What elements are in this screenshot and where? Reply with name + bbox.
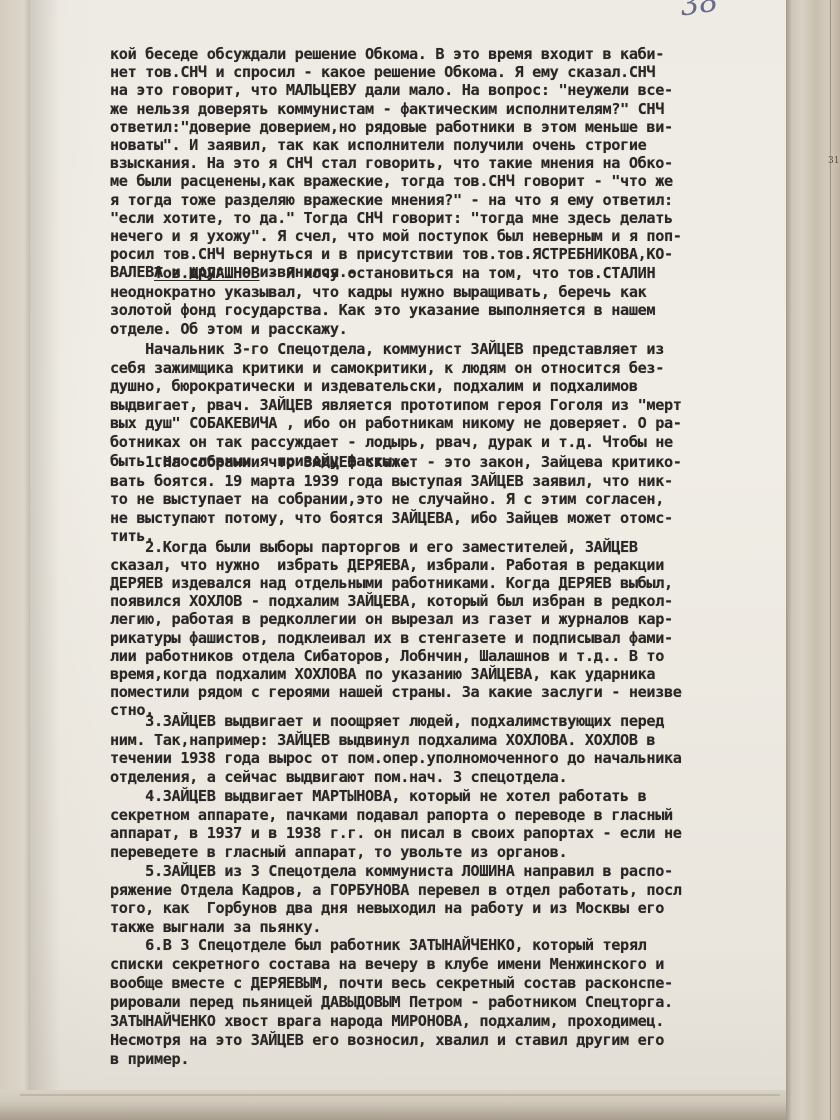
- text-line: Начальник 3-го Спецотдела, коммунист ЗАЙ…: [110, 341, 664, 358]
- text-line: 2.Когда были выборы парторгов и его заме…: [110, 539, 638, 556]
- text-line: вых душ" СОБАКЕВИЧА , ибо он работникам …: [110, 415, 682, 432]
- text-line: появился ХОХЛОВ - подхалим ЗАЙЦЕВА, кото…: [110, 593, 673, 610]
- text-line: сказал, что нужно избрать ДЕРЯЕВА, избра…: [110, 557, 664, 574]
- text-line: легию, работая в редколлегии он вырезал …: [110, 611, 673, 628]
- text-line: аппарат, в 1937 и в 1938 г.г. он писал в…: [110, 825, 682, 842]
- text-line: себя зажимщика критики и самокритики, к …: [110, 360, 664, 377]
- text-line: я тогда тоже разделяю вражеские мнения?"…: [110, 192, 673, 209]
- text-line: также выгнали за пьянку.: [110, 919, 321, 936]
- text-line: в пример.: [110, 1051, 189, 1068]
- text-line: 4.ЗАЙЦЕВ выдвигает МАРТЫНОВА, который не…: [110, 788, 646, 805]
- text-line: взыскания. На это я СНЧ стал говорить, ч…: [110, 155, 673, 172]
- text-line: лии работников отдела Сибаторов, Лобнчин…: [110, 648, 664, 665]
- text-line: же нельзя доверять коммунистам - фактиче…: [110, 101, 664, 118]
- text-line: течении 1938 года вырос от пом.опер.упол…: [110, 750, 682, 767]
- text-line: рикатуры фашистов, подклеивал их в стенг…: [110, 630, 673, 647]
- text-line: золотой фонд государства. Как это указан…: [110, 302, 655, 319]
- text-line: новаты". И заявил, так как исполнители п…: [110, 137, 646, 154]
- text-line: нечего и я ухожу". Я счел, что мой посту…: [110, 228, 682, 245]
- text-line: ряжение Отдела Кадров, а ГОРБУНОВА перев…: [110, 882, 682, 899]
- text-line: росил тов.СНЧ вернуться и в присутствии …: [110, 246, 673, 263]
- text-line: неоднократно указывал, что кадры нужно в…: [110, 284, 646, 301]
- text-line: 1.На собрании что ЗАЙЦЕВ скажет - это за…: [110, 454, 682, 471]
- text-line: того, как Горбунов два дня невыходил на …: [110, 900, 664, 917]
- text-line: ЗАТЫНАЙЧЕНКО хвост врага народа МИРОНОВА…: [110, 1013, 664, 1030]
- text-line: ответил:"доверие доверием,но рядовые раб…: [110, 119, 673, 136]
- text-line: вообще вместе с ДЕРЯЕВЫМ, почти весь сек…: [110, 975, 673, 992]
- text-line: нет тов.СНЧ и спросил - какое решение Об…: [110, 64, 655, 81]
- text-line: ним. Так,например: ЗАЙЦЕВ выдвинул подха…: [110, 732, 655, 749]
- text-line: вать боятся. 19 марта 1939 года выступая…: [110, 473, 673, 490]
- text-line: Тов.ШАЛАШНОВ - Я хочу остановиться на то…: [154, 265, 655, 282]
- text-line: списки секретного состава на вечеру в кл…: [110, 956, 664, 973]
- text-line: отделения, а сейчас выдвигают пом.нач. 3…: [110, 769, 567, 786]
- speaker-name: Тов.ШАЛАШНОВ: [154, 264, 260, 282]
- text-line: не выступают потому, что боятся ЗАЙЦЕВА,…: [110, 510, 673, 527]
- text-line: 5.ЗАЙЦЕВ из 3 Спецотдела коммуниста ЛОШИ…: [110, 863, 673, 880]
- text-line: переведете в гласный аппарат, то увольте…: [110, 844, 567, 861]
- text-line: кой беседе обсуждали решение Обкома. В э…: [110, 46, 664, 63]
- text-line: рировали перед пьяницей ДАВЫДОВЫМ Петром…: [110, 994, 673, 1011]
- text-line: выдвигает, рвач. ЗАЙЦЕВ является прототи…: [110, 397, 682, 414]
- document-body: кой беседе обсуждали решение Обкома. В э…: [0, 0, 840, 1120]
- text-line: то не выступает на собрании,это не случа…: [110, 491, 664, 508]
- text-line: секретном аппарате, пачками подавал рапо…: [110, 807, 673, 824]
- text-line: 6.В 3 Спецотделе был работник ЗАТЫНАЙЧЕН…: [110, 937, 646, 954]
- text-line: Несмотря на это ЗАЙЦЕВ его возносил, хва…: [110, 1032, 664, 1049]
- text-line: поместили рядом с героями нашей страны. …: [110, 684, 682, 701]
- text-line: ботниках он так рассуждает - лодырь, рва…: [110, 434, 673, 451]
- text-line: ДЕРЯЕВ издевался над отдельными работник…: [110, 575, 673, 592]
- text-line: душно, бюрократически и издевательски, п…: [110, 378, 638, 395]
- text-line: "если хотите, то да." Тогда СНЧ говорит:…: [110, 210, 673, 227]
- text-line: на это говорит, что МАЛЬЦЕВУ дали мало. …: [110, 82, 673, 99]
- text-line: отделе. Об этом и расскажу.: [110, 321, 347, 338]
- text-line: ме были расценены,как вражеские, тогда т…: [110, 173, 673, 190]
- text-line: 3.ЗАЙЦЕВ выдвигает и поощряет людей, под…: [110, 713, 664, 730]
- text-line: время,когда подхалим ХОХЛОВА по указанию…: [110, 666, 655, 683]
